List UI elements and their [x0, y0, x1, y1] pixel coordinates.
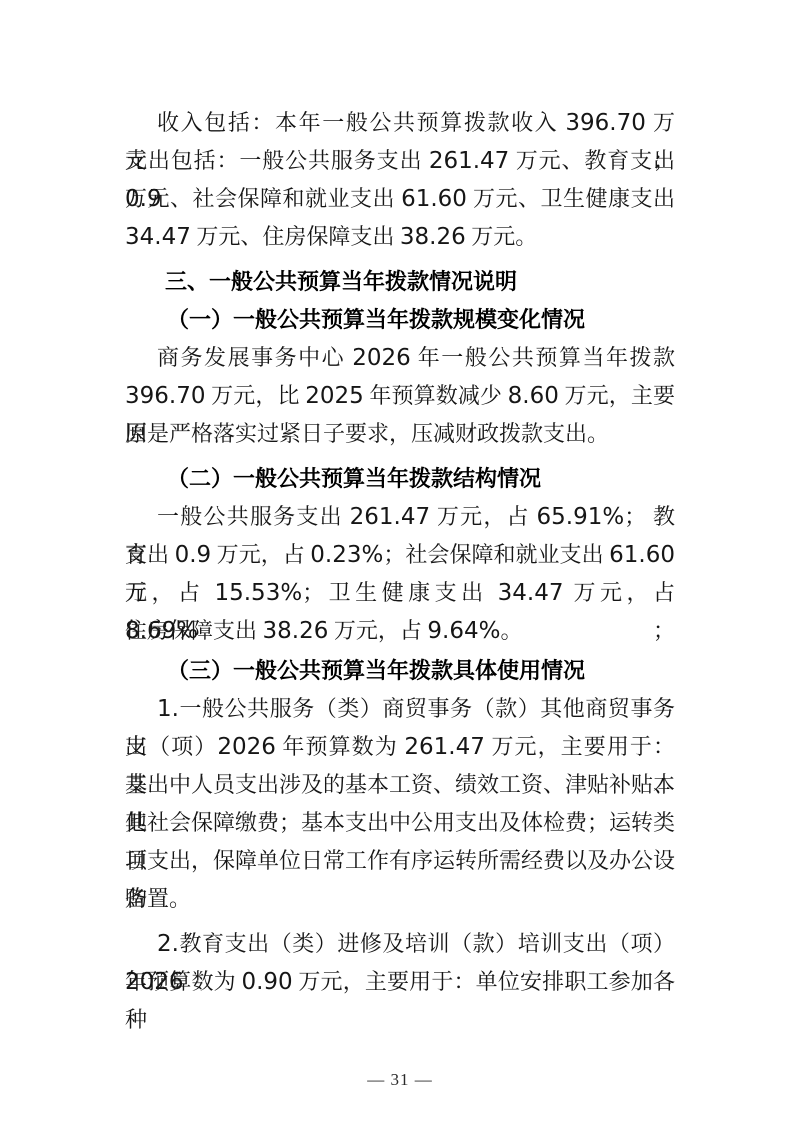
heading-section-3: 三、一般公共预算当年拨款情况说明	[125, 263, 675, 301]
body-line: 一般公共服务支出 261.47 万元，占 65.91%； 教育	[125, 498, 675, 536]
heading-sub-2: （二）一般公共预算当年拨款结构情况	[125, 460, 675, 498]
body-line: 34.47 万元、住房保障支出 38.26 万元。	[125, 218, 675, 256]
page-number: — 31 —	[0, 1068, 800, 1092]
body-line: 支出包括：一般公共服务支出 261.47 万元、教育支出 0.9	[125, 142, 675, 180]
body-line: 商务发展事务中心 2026 年一般公共预算当年拨款	[125, 339, 675, 377]
heading-sub-1: （一）一般公共预算当年拨款规模变化情况	[125, 301, 675, 339]
heading-sub-3: （三）一般公共预算当年拨款具体使用情况	[125, 652, 675, 690]
body-line: 年预算数为 0.90 万元，主要用于：单位安排职工参加各种	[125, 963, 675, 1001]
body-line: 因是严格落实过紧日子要求，压减财政拨款支出。	[125, 415, 675, 453]
body-line: 收入包括：本年一般公共预算拨款收入 396.70 万元；	[125, 104, 675, 142]
body-line: 目支出，保障单位日常工作有序运转所需经费以及办公设备	[125, 842, 675, 880]
body-line: 支出 0.9 万元，占 0.23%；社会保障和就业支出 61.60 万	[125, 536, 675, 574]
body-line: 2.教育支出（类）进修及培训（款）培训支出（项）2026	[125, 925, 675, 963]
body-line: 出（项）2026 年预算数为 261.47 万元，主要用于：基本	[125, 728, 675, 766]
body-line: 万元、社会保障和就业支出 61.60 万元、卫生健康支出	[125, 180, 675, 218]
body-line: 支出中人员支出涉及的基本工资、绩效工资、津贴补贴、其	[125, 766, 675, 804]
text-block: 收入包括：本年一般公共预算拨款收入 396.70 万元； 支出包括：一般公共服务…	[125, 104, 675, 1001]
document-page: 收入包括：本年一般公共预算拨款收入 396.70 万元； 支出包括：一般公共服务…	[0, 0, 800, 1131]
body-line: 1.一般公共服务（类）商贸事务（款）其他商贸事务支	[125, 690, 675, 728]
body-line: 396.70 万元，比 2025 年预算数减少 8.60 万元，主要原	[125, 377, 675, 415]
body-line: 他社会保障缴费；基本支出中公用支出及体检费；运转类项	[125, 804, 675, 842]
body-line: 元，占 15.53%；卫生健康支出 34.47 万元，占 8.69% ；	[125, 574, 675, 612]
body-line: 购置。	[125, 880, 675, 918]
